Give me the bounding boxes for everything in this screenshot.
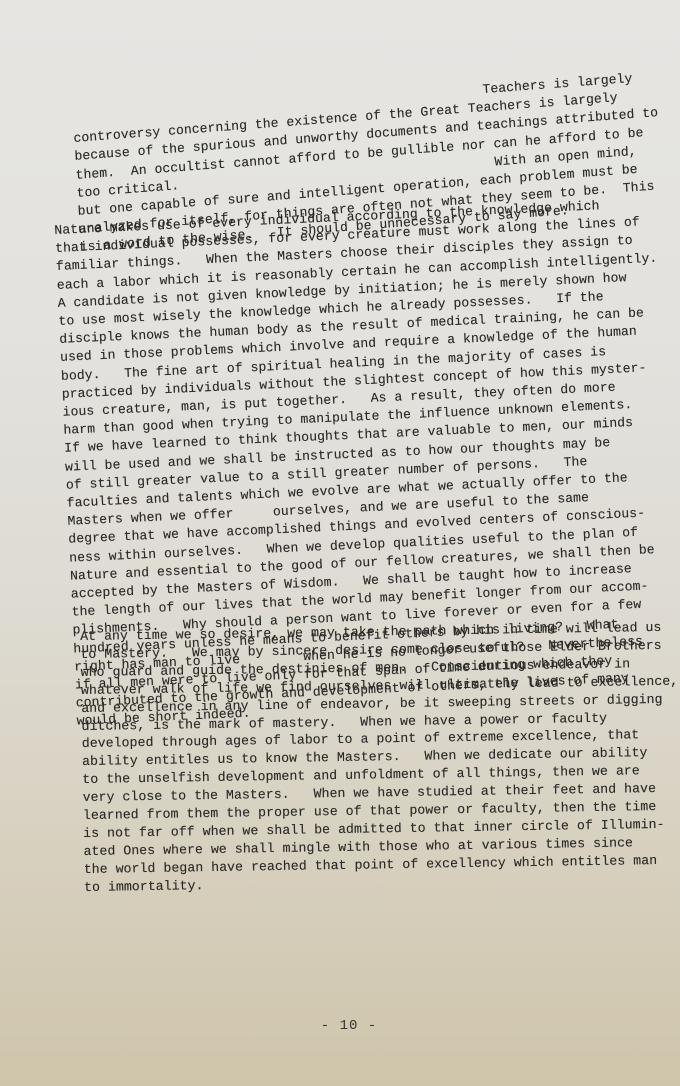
paragraph-path-to-mastery: At any time we so desire, we may take th… — [80, 619, 680, 897]
typewritten-page: Teachers is largelycontroversy concernin… — [0, 0, 680, 1086]
page-number: - 10 - — [0, 1018, 680, 1034]
